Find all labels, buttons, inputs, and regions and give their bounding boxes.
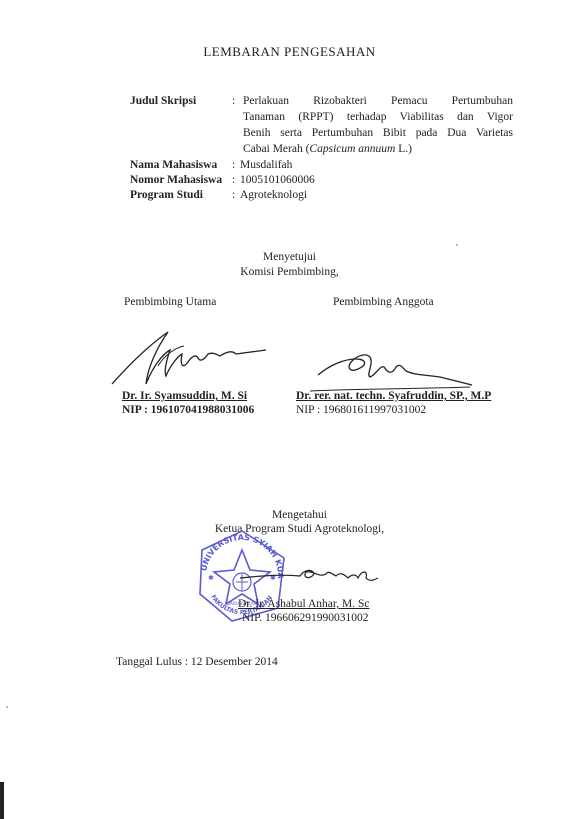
student-name: Musdalifah bbox=[240, 159, 292, 171]
document-title: LEMBARAN PENGESAHAN bbox=[0, 44, 579, 60]
thesis-title-line-2: Tanaman (RPPT) terhadap Viabilitas dan V… bbox=[243, 111, 513, 123]
co-supervisor-nip: NIP : 196801611997031002 bbox=[296, 404, 426, 416]
main-supervisor-nip: NIP : 196107041988031006 bbox=[122, 404, 254, 416]
thesis-title-prefix: Cabai Merah ( bbox=[243, 143, 309, 155]
co-supervisor-signature bbox=[310, 345, 480, 393]
main-supervisor-signature bbox=[108, 326, 268, 388]
svg-text:✱: ✱ bbox=[208, 574, 214, 582]
main-supervisor-name: Dr. Ir. Syamsuddin, M. Si bbox=[122, 390, 247, 402]
study-program: Agroteknologi bbox=[240, 189, 307, 201]
main-supervisor-role: Pembimbing Utama bbox=[124, 296, 216, 308]
field-separator: : bbox=[232, 189, 235, 201]
thesis-title-line-1: Perlakuan Rizobakteri Pemacu Pertumbuhan bbox=[243, 95, 513, 107]
field-label-student-name: Nama Mahasiswa bbox=[130, 159, 217, 171]
scan-speck bbox=[6, 706, 8, 708]
thesis-title-suffix: L.) bbox=[395, 143, 412, 155]
co-supervisor-name: Dr. rer. nat. techn. Syafruddin, SP., M.… bbox=[296, 390, 491, 402]
field-separator: : bbox=[232, 174, 235, 186]
graduation-date: Tanggal Lulus : 12 Desember 2014 bbox=[116, 656, 278, 668]
species-name: Capsicum annuum bbox=[309, 143, 395, 155]
acknowledgement-title: Ketua Program Studi Agroteknologi, bbox=[10, 523, 579, 535]
student-number: 1005101060006 bbox=[240, 174, 315, 186]
approval-heading: Menyetujui bbox=[0, 251, 579, 263]
head-of-program-signature bbox=[240, 560, 380, 590]
field-separator: : bbox=[232, 95, 235, 107]
co-supervisor-role: Pembimbing Anggota bbox=[333, 296, 434, 308]
head-of-program-nip: NIP. 196606291990031002 bbox=[242, 612, 369, 624]
acknowledgement-heading: Mengetahui bbox=[10, 509, 579, 521]
field-separator: : bbox=[232, 159, 235, 171]
field-label-study-program: Program Studi bbox=[130, 189, 203, 201]
scan-edge-mark bbox=[0, 782, 4, 819]
scan-speck bbox=[456, 244, 458, 246]
approval-committee: Komisi Pembimbing, bbox=[0, 266, 579, 278]
thesis-title-line-3: Benih serta Pertumbuhan Bibit pada Dua V… bbox=[243, 127, 513, 139]
field-label-thesis-title: Judul Skripsi bbox=[130, 95, 196, 107]
thesis-title-line-4: Cabai Merah (Capsicum annuum L.) bbox=[243, 143, 412, 155]
field-label-student-number: Nomor Mahasiswa bbox=[130, 174, 222, 186]
head-of-program-name: Dr. Ir. Ashabul Anhar, M. Sc bbox=[238, 598, 369, 610]
